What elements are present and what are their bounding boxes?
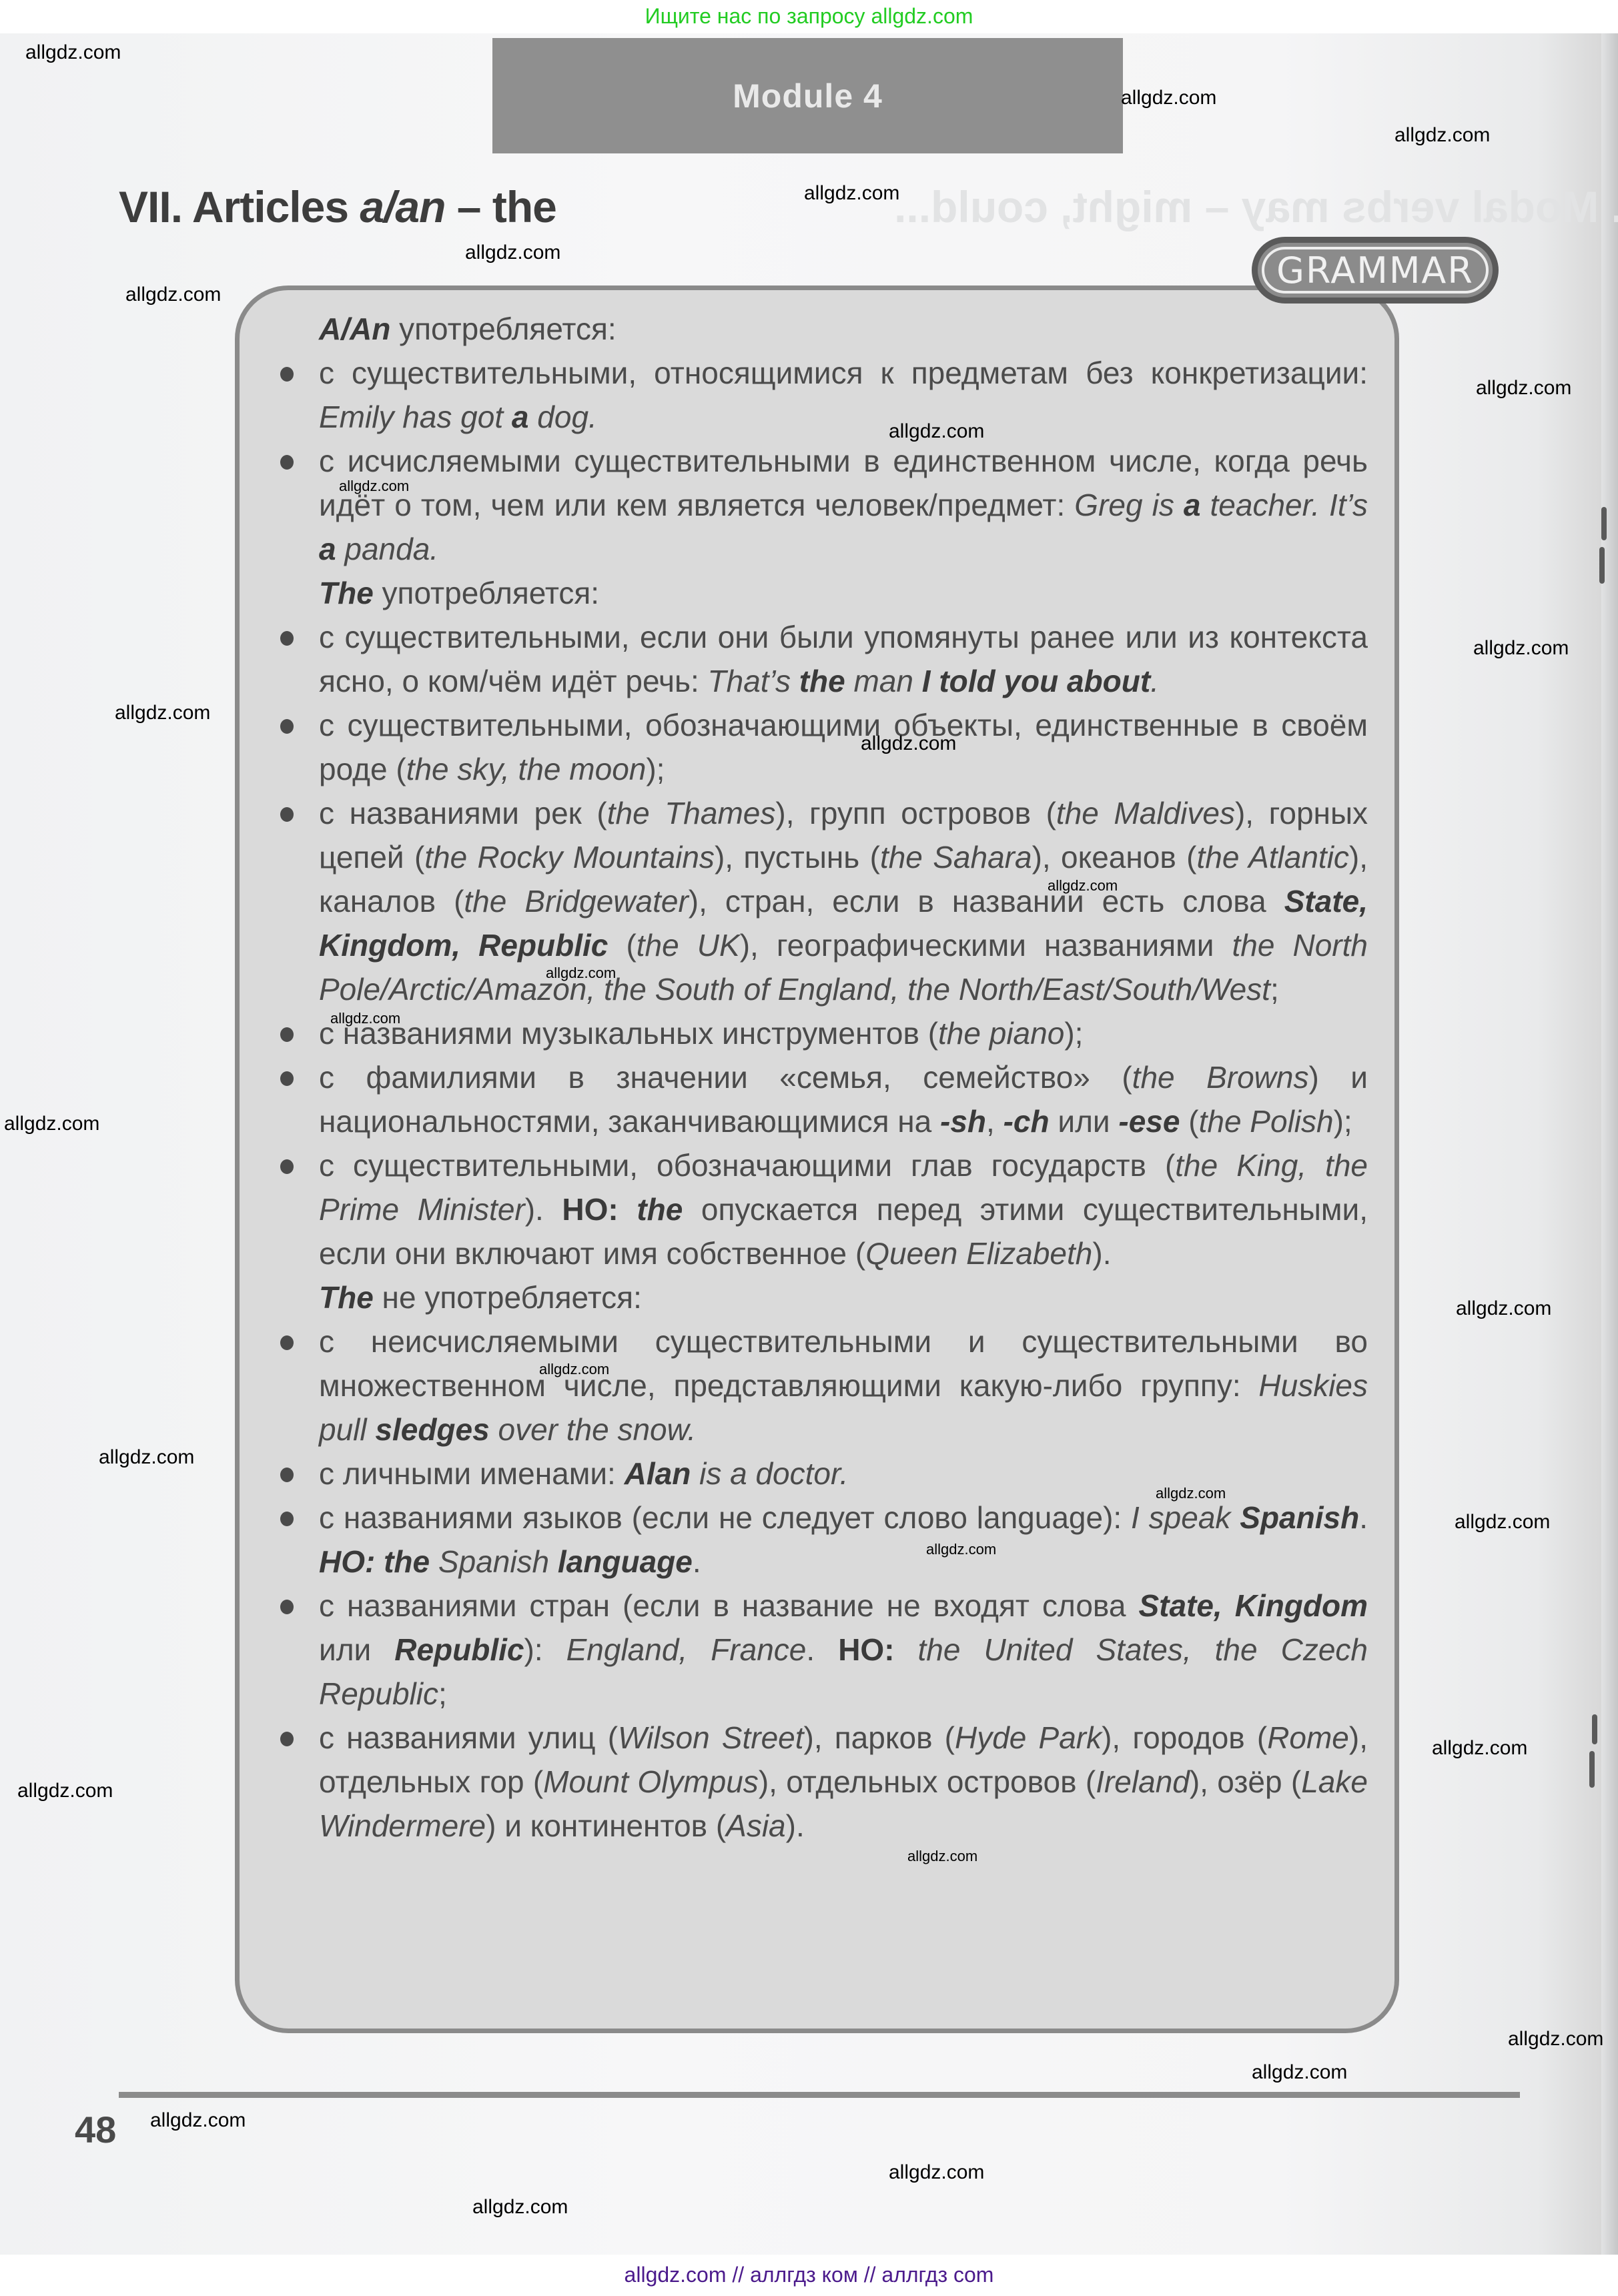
rule-no-the-4: с названиями стран (если в название не в…: [319, 1584, 1368, 1716]
staple-icon: [1601, 507, 1607, 540]
section-the: the: [492, 182, 556, 231]
rule-the-1: с существительными, если они были упомян…: [319, 615, 1368, 703]
bleed-through-title: VI. Modal verbs may – might, could...: [894, 181, 1618, 232]
section-title: VII. Articles a/an – the: [119, 181, 556, 232]
watermark: allgdz.com: [1455, 1511, 1550, 1534]
section-dash: –: [445, 182, 492, 231]
footer-divider: [119, 2092, 1520, 2098]
watermark: allgdz.com: [1432, 1737, 1527, 1760]
watermark: allgdz.com: [1156, 1485, 1226, 1502]
watermark: allgdz.com: [150, 2109, 246, 2132]
section-articles: a/an: [360, 182, 445, 231]
watermark: allgdz.com: [465, 241, 560, 264]
watermark: allgdz.com: [926, 1541, 996, 1558]
staple-icon: [1592, 1714, 1597, 1744]
heading-a-an: A/An употребляется:: [319, 307, 1368, 351]
staple-icon: [1589, 1751, 1595, 1788]
watermark: allgdz.com: [1394, 124, 1490, 147]
watermark: allgdz.com: [1476, 377, 1571, 400]
watermark: allgdz.com: [99, 1446, 194, 1469]
rule-no-the-5: с названиями улиц (Wilson Street), парко…: [319, 1716, 1368, 1848]
watermark: allgdz.com: [25, 41, 121, 64]
rule-no-the-1: с неисчисляемыми существительными и суще…: [319, 1319, 1368, 1452]
watermark: allgdz.com: [539, 1361, 609, 1378]
watermark: allgdz.com: [546, 965, 616, 982]
grammar-badge-label: GRAMMAR: [1276, 249, 1474, 292]
page-number: 48: [75, 2108, 116, 2151]
bottom-site-banner[interactable]: allgdz.com // аллгдз ком // аллгдз com: [0, 2255, 1618, 2296]
heading-the-used: The употребляется:: [319, 571, 1368, 615]
watermark: allgdz.com: [1508, 2028, 1603, 2051]
top-search-banner[interactable]: Ищите нас по запросу allgdz.com: [0, 0, 1618, 33]
rule-the-5: с фамилиями в значении «семья, семейство…: [319, 1055, 1368, 1143]
watermark: allgdz.com: [115, 702, 210, 724]
watermark: allgdz.com: [1121, 87, 1216, 109]
rule-no-the-3: с названиями языков (если не следует сло…: [319, 1496, 1368, 1584]
page-edge: [1601, 33, 1618, 2255]
grammar-badge: GRAMMAR: [1252, 237, 1499, 304]
watermark: allgdz.com: [861, 732, 956, 755]
rule-the-6: с существительными, обозначающими глав г…: [319, 1143, 1368, 1275]
heading-the-not-used: The не употребляется:: [319, 1275, 1368, 1319]
staple-icon: [1599, 547, 1605, 584]
watermark: allgdz.com: [339, 478, 409, 495]
rule-a-an-2: с исчисляемыми существительными в единст…: [319, 439, 1368, 571]
rule-the-3: с названиями рек (the Thames), групп ост…: [319, 791, 1368, 1011]
watermark: allgdz.com: [1048, 877, 1118, 895]
watermark: allgdz.com: [1473, 637, 1569, 660]
rule-a-an-1: с существительными, относящимися к предм…: [319, 351, 1368, 439]
watermark: allgdz.com: [907, 1848, 977, 1865]
module-tab: Module 4: [492, 38, 1123, 153]
watermark: allgdz.com: [472, 2196, 568, 2219]
watermark: allgdz.com: [889, 2161, 984, 2184]
watermark: allgdz.com: [125, 283, 221, 306]
grammar-rules: A/An употребляется: с существительными, …: [319, 307, 1368, 1848]
watermark: allgdz.com: [1252, 2061, 1347, 2084]
section-number: VII. Articles: [119, 182, 360, 231]
watermark: allgdz.com: [889, 420, 984, 443]
rule-the-2: с существительными, обозначающими объект…: [319, 703, 1368, 791]
watermark: allgdz.com: [330, 1010, 400, 1027]
rule-the-4: с названиями музыкальных инструментов (t…: [319, 1011, 1368, 1055]
watermark: allgdz.com: [17, 1780, 113, 1802]
watermark: allgdz.com: [804, 182, 899, 205]
module-label: Module 4: [733, 77, 883, 115]
watermark: allgdz.com: [1456, 1297, 1551, 1320]
watermark: allgdz.com: [4, 1113, 99, 1135]
